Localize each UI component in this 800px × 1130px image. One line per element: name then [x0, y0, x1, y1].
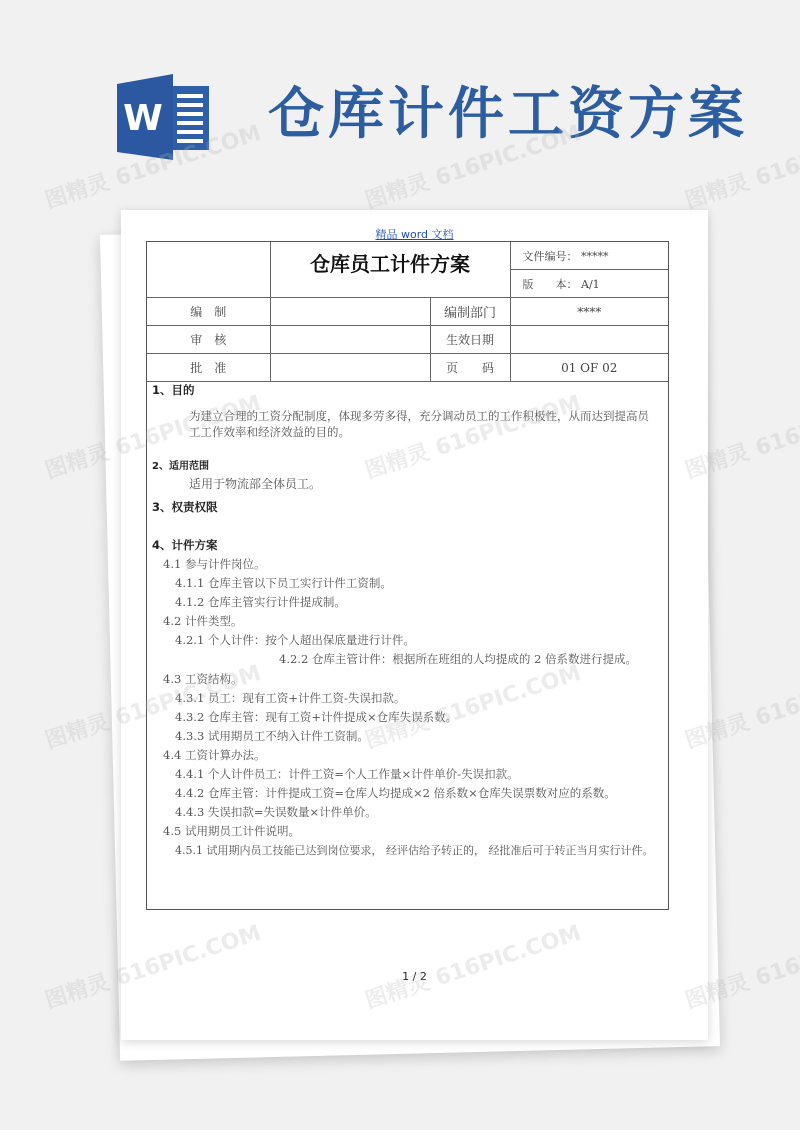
section-2-title: 2、适用范围: [152, 457, 209, 472]
item-4-5-1: 4.5.1 试用期内员工技能已达到岗位要求， 经评估给予转正的， 经批准后可于转…: [175, 842, 653, 858]
page-indicator: 1 / 2: [121, 970, 708, 983]
header-link[interactable]: 精品 word 文档: [121, 226, 708, 242]
section-1-text-line1: 为建立合理的工资分配制度，体现多劳多得，充分调动员工的工作积极性，从而达到提高员: [189, 408, 649, 424]
reviewed-by-value: [270, 326, 430, 354]
effective-date-label: 生效日期: [430, 326, 510, 354]
item-4-3-3: 4.3.3 试用期员工不纳入计件工资制。: [175, 728, 369, 744]
svg-text:W: W: [123, 98, 163, 139]
department-label: 编制部门: [430, 298, 510, 326]
file-number-value: *****: [581, 250, 609, 263]
section-1-title: 1、目的: [152, 382, 195, 398]
item-4-2-2: 4.2.2 仓库主管计件：根据所在班组的人均提成的 2 倍系数进行提成。: [279, 651, 637, 667]
compiled-by-value: [270, 298, 430, 326]
item-4-4: 4.4 工资计算办法。: [163, 747, 265, 763]
item-4-3: 4.3 工资结构。: [163, 671, 242, 687]
compiled-by-label: 编 制: [147, 298, 270, 326]
item-4-1: 4.1 参与计件岗位。: [163, 556, 265, 572]
version-value: A/1: [581, 278, 600, 291]
word-document-icon: W: [113, 72, 213, 162]
item-4-3-1: 4.3.1 员工：现有工资+计件工资-失误扣款。: [175, 690, 405, 706]
reviewed-by-label: 审 核: [147, 326, 270, 354]
item-4-3-2: 4.3.2 仓库主管：现有工资+计件提成×仓库失误系数。: [175, 709, 457, 725]
meta-table: 仓库员工计件方案 文件编号： ***** 版 本： A/1 编 制 编制部门 *…: [147, 242, 668, 382]
item-4-2-1: 4.2.1 个人计件：按个人超出保底量进行计件。: [175, 632, 415, 648]
doc-title: 仓库员工计件方案: [270, 242, 510, 298]
item-4-5: 4.5 试用期员工计件说明。: [163, 823, 300, 839]
item-4-4-3: 4.4.3 失误扣款=失误数量×计件单价。: [175, 804, 377, 820]
section-4-title: 4、计件方案: [152, 537, 218, 553]
approved-by-label: 批 准: [147, 354, 270, 382]
item-4-2: 4.2 计件类型。: [163, 613, 242, 629]
version-cell: 版 本： A/1: [510, 270, 668, 298]
file-number-cell: 文件编号： *****: [510, 242, 668, 270]
department-value: ****: [510, 298, 668, 326]
file-number-label: 文件编号：: [523, 250, 578, 263]
item-4-4-2: 4.4.2 仓库主管：计件提成工资=仓库人均提成×2 倍系数×仓库失误票数对应的…: [175, 785, 616, 801]
item-4-1-1: 4.1.1 仓库主管以下员工实行计件工资制。: [175, 575, 392, 591]
page-number-label: 页 码: [430, 354, 510, 382]
section-3-title: 3、权责权限: [152, 499, 218, 515]
approved-by-value: [270, 354, 430, 382]
document-frame: 仓库员工计件方案 文件编号： ***** 版 本： A/1 编 制 编制部门 *…: [146, 241, 669, 910]
section-2-text: 适用于物流部全体员工。: [189, 475, 321, 492]
page-number-value: 01 OF 02: [510, 354, 668, 382]
effective-date-value: [510, 326, 668, 354]
item-4-4-1: 4.4.1 个人计件员工：计件工资=个人工作量×计件单价-失误扣款。: [175, 766, 519, 782]
item-4-1-2: 4.1.2 仓库主管实行计件提成制。: [175, 594, 346, 610]
banner-title: 仓库计件工资方案: [268, 80, 748, 148]
document-page: 精品 word 文档 仓库员工计件方案 文件编号： ***** 版 本： A/1: [121, 210, 708, 1040]
banner: W 仓库计件工资方案: [0, 0, 800, 200]
logo-cell: [147, 242, 270, 298]
version-label: 版 本：: [523, 278, 578, 291]
section-1-text-line2: 工工作效率和经济效益的目的。: [189, 424, 350, 440]
